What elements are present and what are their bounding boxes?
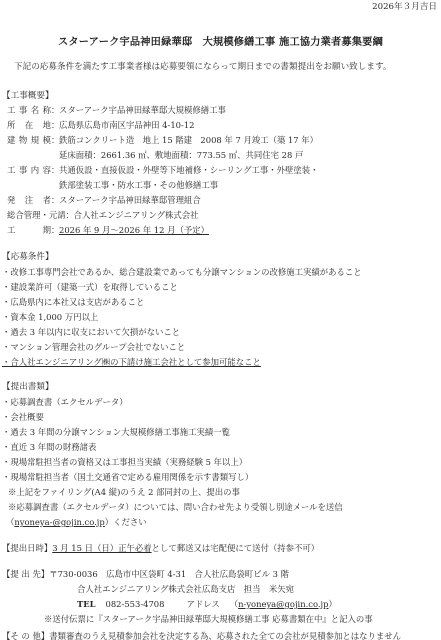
condition-item: ・過去 3 年以内に収支において欠損がないこと: [2, 328, 180, 336]
overview-row-work-content: 工事内容：共通仮設・直接仮設・外壁等下地補修・シーリング工事・外壁塗装・: [7, 166, 318, 174]
destination-contact-line: TEL082-553-4708アドレス（n-yoneya@gojin.co.jp…: [77, 600, 337, 608]
document-item: ・応募調査書（エクセルデータ）: [2, 398, 128, 406]
document-item: ・過去 3 年間の分譲マンション大規模修繕工事施工実績一覧: [2, 428, 230, 436]
overview-row-period: 工期：2026 年 9 月～2026 年 12 月（予定）: [7, 226, 209, 234]
overview-label: 工事名称: [7, 106, 51, 114]
destination-note: ※送付伝票に『スターアーク宇品神田緑華邸大規模修繕工事 応募書類在中』と記入の事: [44, 615, 373, 623]
overview-row-project-name: 工事名称：スターアーク宇品神田緑華邸大規模修繕工事: [7, 106, 226, 114]
deadline-text: として郵送又は宅配便にて送付（持参不可）: [152, 543, 320, 553]
other-text: 書類審査のうえ見積参加会社を決定する為、応募された全ての会社が見積参加とはなりま…: [49, 631, 401, 640]
condition-item: ・広島県内に本社又は支店があること: [2, 298, 144, 306]
overview-label: 建物規模: [7, 136, 51, 144]
overview-label: 発注者: [7, 196, 51, 204]
section-heading-documents: 【提出書類】: [2, 383, 54, 392]
section-heading-overview: 【工事概要】: [2, 92, 54, 101]
tel-number: 082-553-4708: [106, 599, 165, 609]
overview-row-building-scale: 建物規模：鉄筋コンクリート造 地上 15 階建 2008 年 7 月竣工（築 1…: [7, 136, 318, 144]
overview-value: スターアーク宇品神田緑華邸管理組合: [59, 195, 201, 205]
document-item: ・直近 3 年間の財務諸表: [2, 443, 96, 451]
overview-value: 2026 年 9 月～2026 年 12 月（予定）: [59, 225, 209, 235]
document-note-filing: ※上記をファイリング(A4 縦)のうえ 2 部同封の上、提出の事: [8, 488, 240, 496]
contact-email-link[interactable]: n-yoneya@gojin.co.jp: [238, 599, 328, 609]
overview-row-general-contractor: 総合管理・元請：合人社エンジニアリング株式会社: [7, 211, 199, 219]
document-date: 2026年３月吉日: [372, 3, 437, 12]
overview-row-client: 発注者：スターアーク宇品神田緑華邸管理組合: [7, 196, 201, 204]
tel-label: TEL: [77, 599, 96, 609]
overview-value: 鉄筋コンクリート造 地上 15 階建 2008 年 7 月竣工（築 17 年）: [59, 135, 318, 145]
destination-address: 〒730-0036 広島市中区袋町 4-31 合人社広島袋町ビル 3 階: [49, 569, 289, 579]
document-item: ・会社概要: [2, 413, 44, 421]
overview-value: 共通仮設・直接仮設・外壁等下地補修・シーリング工事・外壁塗装・: [59, 165, 318, 175]
survey-email-link[interactable]: nyoneya-@gojin.co.jp: [14, 517, 104, 527]
overview-value: 合人社エンジニアリング株式会社: [74, 210, 199, 220]
other-line: 【そ の 他】書類審査のうえ見積参加会社を決定する為、応募された全ての会社が見積…: [2, 632, 401, 640]
destination-company: 合人社エンジニアリング株式会社広島支店 担当 米矢宛: [77, 585, 294, 593]
section-heading-conditions: 【応募条件】: [2, 253, 54, 262]
condition-item: ・建設業許可（建築一式）を取得していること: [2, 283, 178, 291]
overview-label: 工期: [7, 226, 51, 234]
overview-label: 総合管理・元請: [7, 211, 66, 219]
condition-item: ・改修工事専門会社であるか、総合建設業であっても分譲マンションの改修施工実績があ…: [2, 268, 362, 276]
overview-label: 工事内容: [7, 166, 51, 174]
condition-item: ・マンション管理会社のグループ会社でないこと: [2, 343, 185, 351]
intro-text: 下記の応募条件を満たす工事業者様は応募要領にならって期日までの書類提出をお願い致…: [14, 63, 391, 72]
deadline-line: 【提出日時】3 月 15 日（日）正午必着として郵送又は宅配便にて送付（持参不可…: [2, 544, 319, 552]
document-item: ・現場常駐担当者の資格又は工事担当実績（実務経験 5 年以上）: [2, 458, 247, 466]
deadline-date: 3 月 15 日（日）正午必着: [52, 543, 151, 553]
destination-line-1: 【提 出 先】〒730-0036 広島市中区袋町 4-31 合人社広島袋町ビル …: [2, 570, 289, 578]
section-heading-deadline: 【提出日時】: [2, 543, 52, 553]
overview-row-work-content-cont: 鉄部塗装工事・防水工事・その他修繕工事: [59, 181, 218, 189]
overview-row-building-scale-cont: 延床面積：2661.36 ㎡、敷地面積：773.55 ㎡、共同住宅 28 戸: [59, 151, 303, 159]
section-heading-other: 【そ の 他】: [2, 631, 49, 640]
document-title: スターアーク宇品神田緑華邸 大規模修繕工事 施工協力業者募集要綱: [0, 37, 441, 47]
document-note-email-line: （nyoneya-@gojin.co.jp）ください: [6, 518, 147, 526]
overview-row-location: 所在地：広島県広島市南区宇品神田 4-10-12: [7, 121, 194, 129]
document-note-survey: ※応募調査書（エクセルデータ）については、問い合わせ先より受領し別途メールを送信: [8, 503, 343, 511]
overview-label: 所在地: [7, 121, 51, 129]
condition-item-underlined: ・合人社エンジニアリング㈱の下請け施工会社として参加可能なこと: [2, 358, 261, 366]
overview-value: スターアーク宇品神田緑華邸大規模修繕工事: [59, 105, 226, 115]
overview-value: 広島県広島市南区宇品神田 4-10-12: [59, 120, 194, 130]
condition-item: ・資本金 1,000 万円以上: [2, 313, 98, 321]
section-heading-destination: 【提 出 先】: [2, 569, 49, 579]
address-label: アドレス: [186, 599, 219, 609]
document-item: ・現場常駐担当者（国土交通省で定める雇用関係を示す書類写し）: [2, 473, 253, 481]
